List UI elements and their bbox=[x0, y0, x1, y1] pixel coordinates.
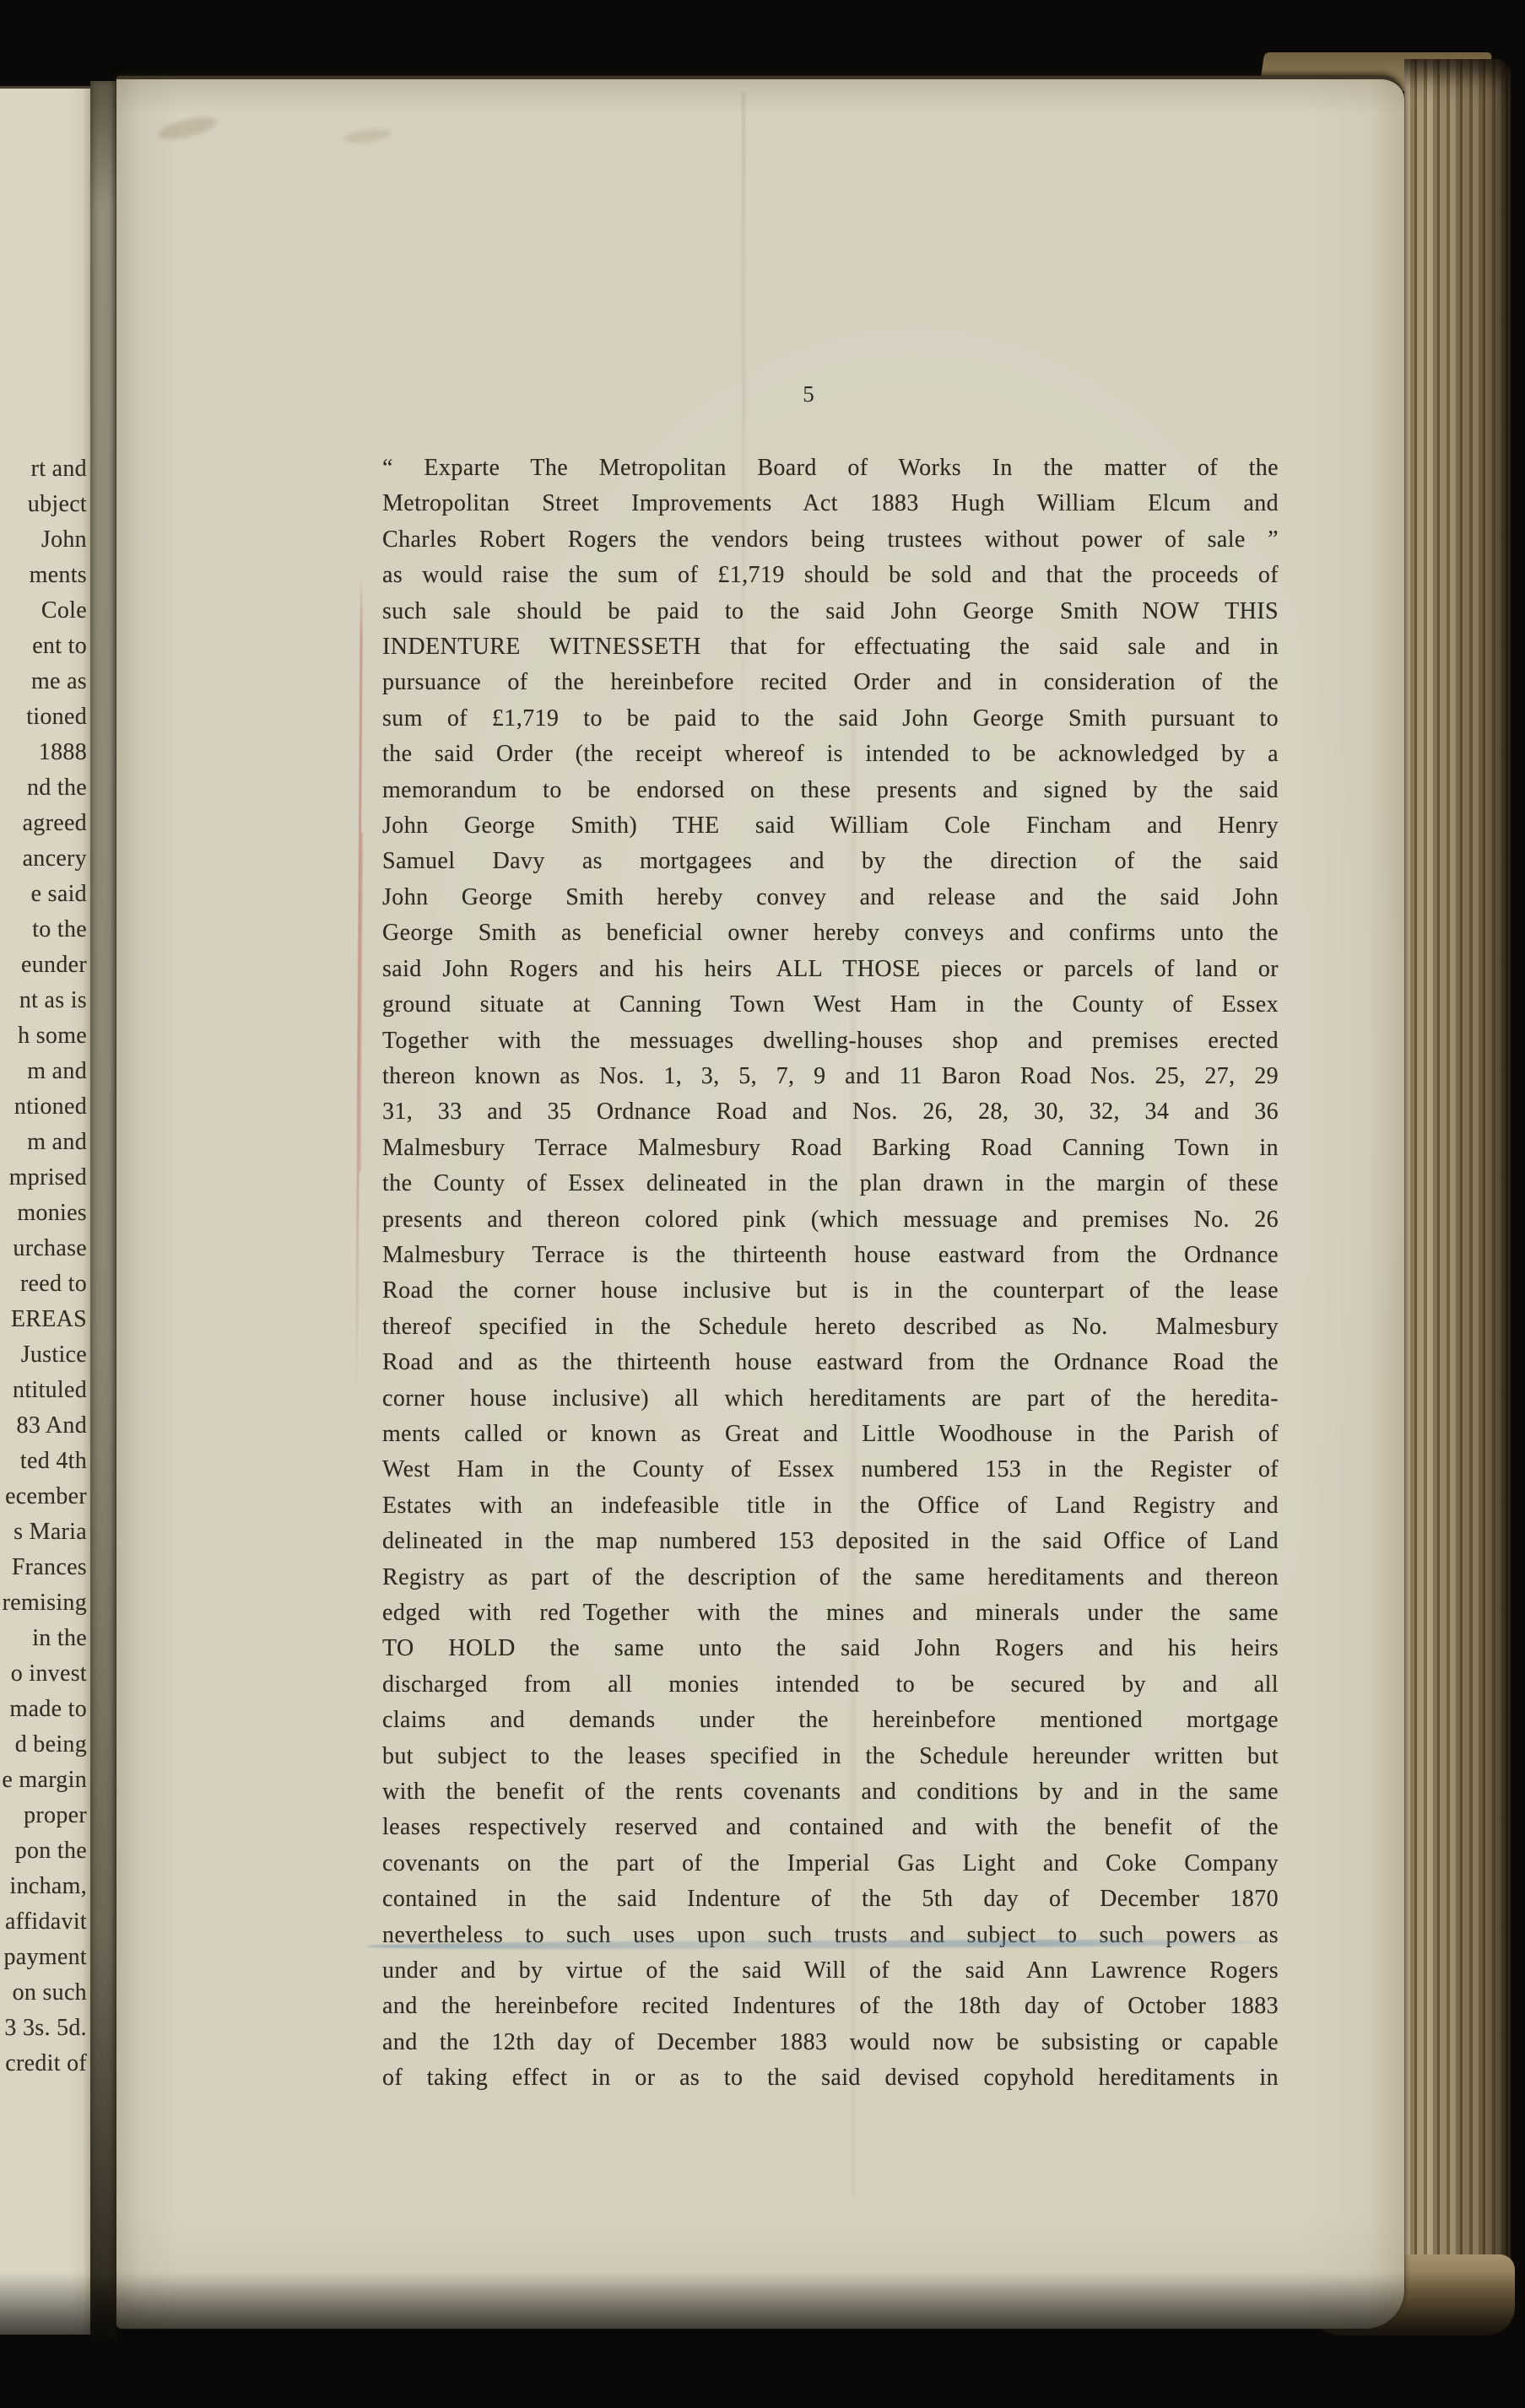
text-line: TO HOLD the same unto the said John Roge… bbox=[382, 1631, 1279, 1666]
text-line: incham, bbox=[0, 1869, 87, 1904]
text-line: ground situate at Canning Town West Ham … bbox=[382, 987, 1279, 1023]
text-line: rt and bbox=[0, 451, 87, 487]
text-line: Metropolitan Street Improvements Act 188… bbox=[382, 486, 1279, 521]
text-line: Cole bbox=[0, 593, 87, 629]
text-line: remising bbox=[0, 1585, 87, 1621]
book-fore-edge bbox=[1404, 59, 1511, 2330]
text-line: and the 12th day of December 1883 would … bbox=[382, 2025, 1279, 2060]
text-line: s Maria bbox=[0, 1514, 87, 1550]
text-line: delineated in the map numbered 153 depos… bbox=[382, 1524, 1279, 1559]
text-line: Malmesbury Terrace is the thirteenth hou… bbox=[382, 1238, 1279, 1273]
text-line: 3 3s. 5d. bbox=[0, 2011, 87, 2046]
text-line: as would raise the sum of £1,719 should … bbox=[382, 558, 1279, 593]
previous-page-edge: rt andubjectJohnmentsColeent tome astion… bbox=[0, 86, 90, 2335]
text-line: Charles Robert Rogers the vendors being … bbox=[382, 522, 1279, 558]
text-line: such sale should be paid to the said Joh… bbox=[382, 594, 1279, 629]
text-line: West Ham in the County of Essex numbered… bbox=[382, 1452, 1279, 1487]
text-line: ntioned bbox=[0, 1089, 87, 1125]
text-line: Road the corner house inclusive but is i… bbox=[382, 1273, 1279, 1309]
text-line: reed to bbox=[0, 1266, 87, 1302]
text-line: proper bbox=[0, 1798, 87, 1833]
text-line: Estates with an indefeasible title in th… bbox=[382, 1488, 1279, 1524]
text-line: covenants on the part of the Imperial Ga… bbox=[382, 1846, 1279, 1882]
text-line: ments bbox=[0, 558, 87, 593]
text-line: payment bbox=[0, 1940, 87, 1975]
text-line: on such bbox=[0, 1975, 87, 2011]
text-line: e said bbox=[0, 877, 87, 912]
text-line: pursuance of the hereinbefore recited Or… bbox=[382, 665, 1279, 700]
text-line: to the bbox=[0, 912, 87, 948]
text-line: INDENTURE WITNESSETH that for effectuati… bbox=[382, 629, 1279, 665]
text-line: ancery bbox=[0, 841, 87, 877]
text-line: mprised bbox=[0, 1160, 87, 1196]
text-line: the County of Essex delineated in the pl… bbox=[382, 1166, 1279, 1201]
book-page: 5 “ Exparte The Metropolitan Board of Wo… bbox=[116, 76, 1404, 2329]
text-line: Frances bbox=[0, 1550, 87, 1585]
text-line: claims and demands under the hereinbefor… bbox=[382, 1703, 1279, 1738]
text-line: urchase bbox=[0, 1231, 87, 1266]
text-line: ent to bbox=[0, 629, 87, 664]
text-line: h some bbox=[0, 1018, 87, 1054]
deed-text-block: “ Exparte The Metropolitan Board of Work… bbox=[382, 451, 1279, 2097]
text-line: nd the bbox=[0, 770, 87, 806]
text-line: tioned bbox=[0, 699, 87, 735]
text-line: ntituled bbox=[0, 1373, 87, 1408]
text-line: Road and as the thirteenth house eastwar… bbox=[382, 1345, 1279, 1380]
text-line: of taking effect in or as to the said de… bbox=[382, 2060, 1279, 2096]
book-photograph: rt andubjectJohnmentsColeent tome astion… bbox=[0, 0, 1525, 2408]
text-line: made to bbox=[0, 1692, 87, 1727]
text-line: “ Exparte The Metropolitan Board of Work… bbox=[382, 451, 1279, 486]
text-line: George Smith as beneficial owner hereby … bbox=[382, 915, 1279, 951]
book-gutter bbox=[90, 81, 116, 2341]
text-line: EREAS bbox=[0, 1302, 87, 1337]
text-line: credit of bbox=[0, 2046, 87, 2081]
text-line: Malmesbury Terrace Malmesbury Road Barki… bbox=[382, 1131, 1279, 1166]
text-line: agreed bbox=[0, 806, 87, 841]
text-line: o invest bbox=[0, 1656, 87, 1692]
text-line: corner house inclusive) all which heredi… bbox=[382, 1381, 1279, 1417]
foxing-smudge bbox=[156, 113, 219, 144]
text-line: monies bbox=[0, 1196, 87, 1231]
text-line: eunder bbox=[0, 948, 87, 983]
text-line: 83 And bbox=[0, 1408, 87, 1444]
text-line: Justice bbox=[0, 1337, 87, 1373]
text-line: the said Order (the receipt whereof is i… bbox=[382, 737, 1279, 772]
foxing-smudge bbox=[342, 127, 392, 146]
text-line: m and bbox=[0, 1054, 87, 1089]
text-line: but subject to the leases specified in t… bbox=[382, 1739, 1279, 1774]
text-line: e margin bbox=[0, 1763, 87, 1798]
text-line: ubject bbox=[0, 487, 87, 522]
text-line: me as bbox=[0, 664, 87, 699]
previous-page-line-endings: rt andubjectJohnmentsColeent tome astion… bbox=[0, 451, 87, 2081]
text-line: leases respectively reserved and contain… bbox=[382, 1810, 1279, 1845]
text-line: 1888 bbox=[0, 735, 87, 770]
text-line: contained in the said Indenture of the 5… bbox=[382, 1882, 1279, 1917]
text-line: said John Rogers and his heirs ALL THOSE… bbox=[382, 952, 1279, 987]
text-line: presents and thereon colored pink (which… bbox=[382, 1202, 1279, 1238]
text-line: ments called or known as Great and Littl… bbox=[382, 1417, 1279, 1452]
text-line: under and by virtue of the said Will of … bbox=[382, 1953, 1279, 1989]
text-line: m and bbox=[0, 1125, 87, 1160]
red-margin-line bbox=[355, 573, 363, 1383]
text-line: Together with the messuages dwelling-hou… bbox=[382, 1023, 1279, 1059]
page-number: 5 bbox=[758, 381, 859, 408]
text-line: in the bbox=[0, 1621, 87, 1656]
text-line: d being bbox=[0, 1727, 87, 1763]
text-line: sum of £1,719 to be paid to the said Joh… bbox=[382, 701, 1279, 737]
text-line: and the hereinbefore recited Indentures … bbox=[382, 1989, 1279, 2024]
text-line: discharged from all monies intended to b… bbox=[382, 1667, 1279, 1703]
text-line: edged with red Together with the mines a… bbox=[382, 1595, 1279, 1631]
text-line: thereon known as Nos. 1, 3, 5, 7, 9 and … bbox=[382, 1059, 1279, 1094]
text-line: Samuel Davy as mortgagees and by the dir… bbox=[382, 844, 1279, 879]
text-line: with the benefit of the rents covenants … bbox=[382, 1774, 1279, 1810]
text-line: ted 4th bbox=[0, 1444, 87, 1479]
text-line: John bbox=[0, 522, 87, 558]
text-line: John George Smith hereby convey and rele… bbox=[382, 880, 1279, 915]
text-line: thereof specified in the Schedule hereto… bbox=[382, 1309, 1279, 1345]
text-line: nt as is bbox=[0, 983, 87, 1018]
text-line: pon the bbox=[0, 1833, 87, 1869]
text-line: John George Smith) THE said William Cole… bbox=[382, 808, 1279, 844]
text-line: affidavit bbox=[0, 1904, 87, 1940]
text-line: memorandum to be endorsed on these prese… bbox=[382, 773, 1279, 808]
text-line: 31, 33 and 35 Ordnance Road and Nos. 26,… bbox=[382, 1094, 1279, 1130]
text-line: ecember bbox=[0, 1479, 87, 1514]
text-line: Registry as part of the description of t… bbox=[382, 1560, 1279, 1595]
